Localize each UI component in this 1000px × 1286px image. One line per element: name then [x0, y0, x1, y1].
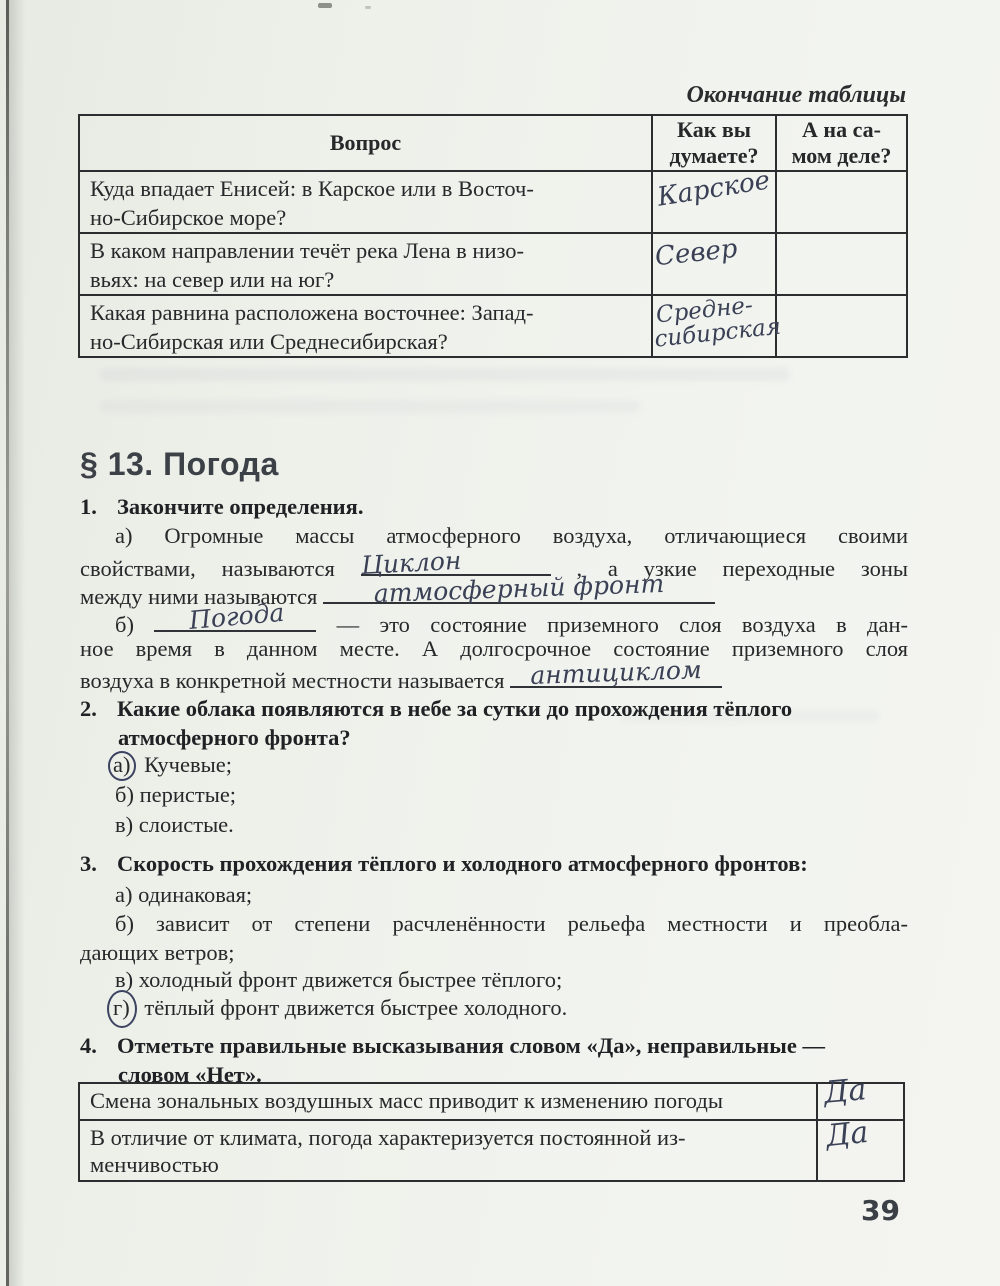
exercise1-a-line1: а) Огромные массы атмосферного воздуха, … — [80, 521, 908, 550]
statement-cell: Смена зональных воздушных масс приводит … — [79, 1083, 817, 1120]
exercise2-option-c: в) слоистые. — [80, 810, 943, 839]
header-think: Как вы думаете? — [652, 115, 776, 171]
handwritten-answer: Север — [654, 234, 739, 272]
bleed-through-text — [100, 368, 790, 381]
answer-cell: Север — [652, 233, 776, 295]
answer-cell: Средне-сибирская — [652, 295, 776, 357]
table-row: Какая равнина расположена восточнее: Зап… — [79, 295, 907, 357]
question-cell: Какая равнина расположена восточнее: Зап… — [79, 295, 652, 357]
statement-cell: В отличие от климата, погода характеризу… — [79, 1120, 817, 1181]
pen-circle-mark: а) — [108, 751, 136, 781]
question-cell: Куда впадает Енисей: в Карское или в Вос… — [79, 171, 652, 233]
bleed-through-text — [100, 400, 640, 413]
actual-cell — [776, 233, 907, 295]
fill-blank: Погода — [154, 606, 316, 632]
exercise3-number: 3. — [80, 849, 117, 878]
exercise3-option-c: в) холодный фронт движется быстрее тёпло… — [80, 965, 943, 994]
answer-cell: Карское — [652, 171, 776, 233]
exercise2-number: 2. — [80, 694, 117, 723]
page-number: 39 — [861, 1194, 900, 1227]
actual-cell — [776, 171, 907, 233]
table-row: В отличие от климата, погода характеризу… — [79, 1120, 904, 1181]
fill-blank: Циклон — [361, 550, 551, 576]
exercise2-option-b: б) перистые; — [80, 780, 943, 809]
question-cell: В каком направлении течёт река Лена в ни… — [79, 233, 652, 295]
header-question: Вопрос — [79, 115, 652, 171]
table-row: Смена зональных воздушных масс приводит … — [79, 1083, 904, 1120]
handwritten-answer: Средне-сибирская — [655, 291, 782, 352]
handwritten-answer: Да — [824, 1115, 870, 1154]
answer-cell: Да — [817, 1083, 904, 1120]
table-continuation-label: Окончание таблицы — [686, 82, 906, 109]
page-left-edge-shadow — [9, 0, 25, 1286]
exercise4-number: 4. — [80, 1031, 117, 1060]
exercise2-option-a: а) Кучевые; — [80, 750, 943, 779]
fill-blank: атмосферный фронт — [323, 578, 715, 604]
actual-cell — [776, 295, 907, 357]
scan-speck — [318, 3, 332, 8]
exercise1-number: 1. — [80, 492, 117, 521]
exercise4-heading-line1: 4.Отметьте правильные высказывания слово… — [80, 1031, 908, 1060]
exercise3-option-a: а) одинаковая; — [80, 880, 943, 909]
exercise2-heading-line2: атмосферного фронта? — [118, 723, 908, 752]
section-title: § 13. Погода — [80, 446, 279, 483]
handwritten-answer: Карское — [655, 165, 772, 212]
pen-circle-mark: г) — [107, 990, 137, 1028]
exercise1-b-line2: ное время в данном месте. А долгосрочное… — [80, 634, 908, 663]
workbook-page: Окончание таблицы Вопрос Как вы думаете?… — [0, 0, 1000, 1286]
exercise2-heading-line1: 2.Какие облака появляются в небе за сутк… — [80, 694, 908, 723]
quiz-table: Вопрос Как вы думаете? А на са- мом деле… — [78, 114, 908, 358]
fill-blank: антициклом — [510, 662, 722, 688]
table-row: Куда впадает Енисей: в Карское или в Вос… — [79, 171, 907, 233]
exercise3-heading: 3.Скорость прохождения тёплого и холодно… — [80, 849, 908, 878]
exercise1-b-line3: воздуха в конкретной местности называетс… — [80, 662, 908, 695]
header-actual: А на са- мом деле? — [776, 115, 907, 171]
exercise3-option-b-line1: б) зависит от степени расчленённости рел… — [80, 909, 908, 938]
exercise3-option-d: г) тёплый фронт движется быстрее холодно… — [80, 993, 943, 1022]
scan-speck — [365, 6, 371, 9]
table-row: В каком направлении течёт река Лена в ни… — [79, 233, 907, 295]
quiz-table-header-row: Вопрос Как вы думаете? А на са- мом деле… — [79, 115, 907, 171]
answer-cell: Да — [817, 1120, 904, 1181]
yes-no-table: Смена зональных воздушных масс приводит … — [78, 1082, 905, 1182]
exercise3-option-b-line2: дающих ветров; — [80, 938, 908, 967]
exercise1-heading: 1.Закончите определения. — [80, 492, 908, 521]
